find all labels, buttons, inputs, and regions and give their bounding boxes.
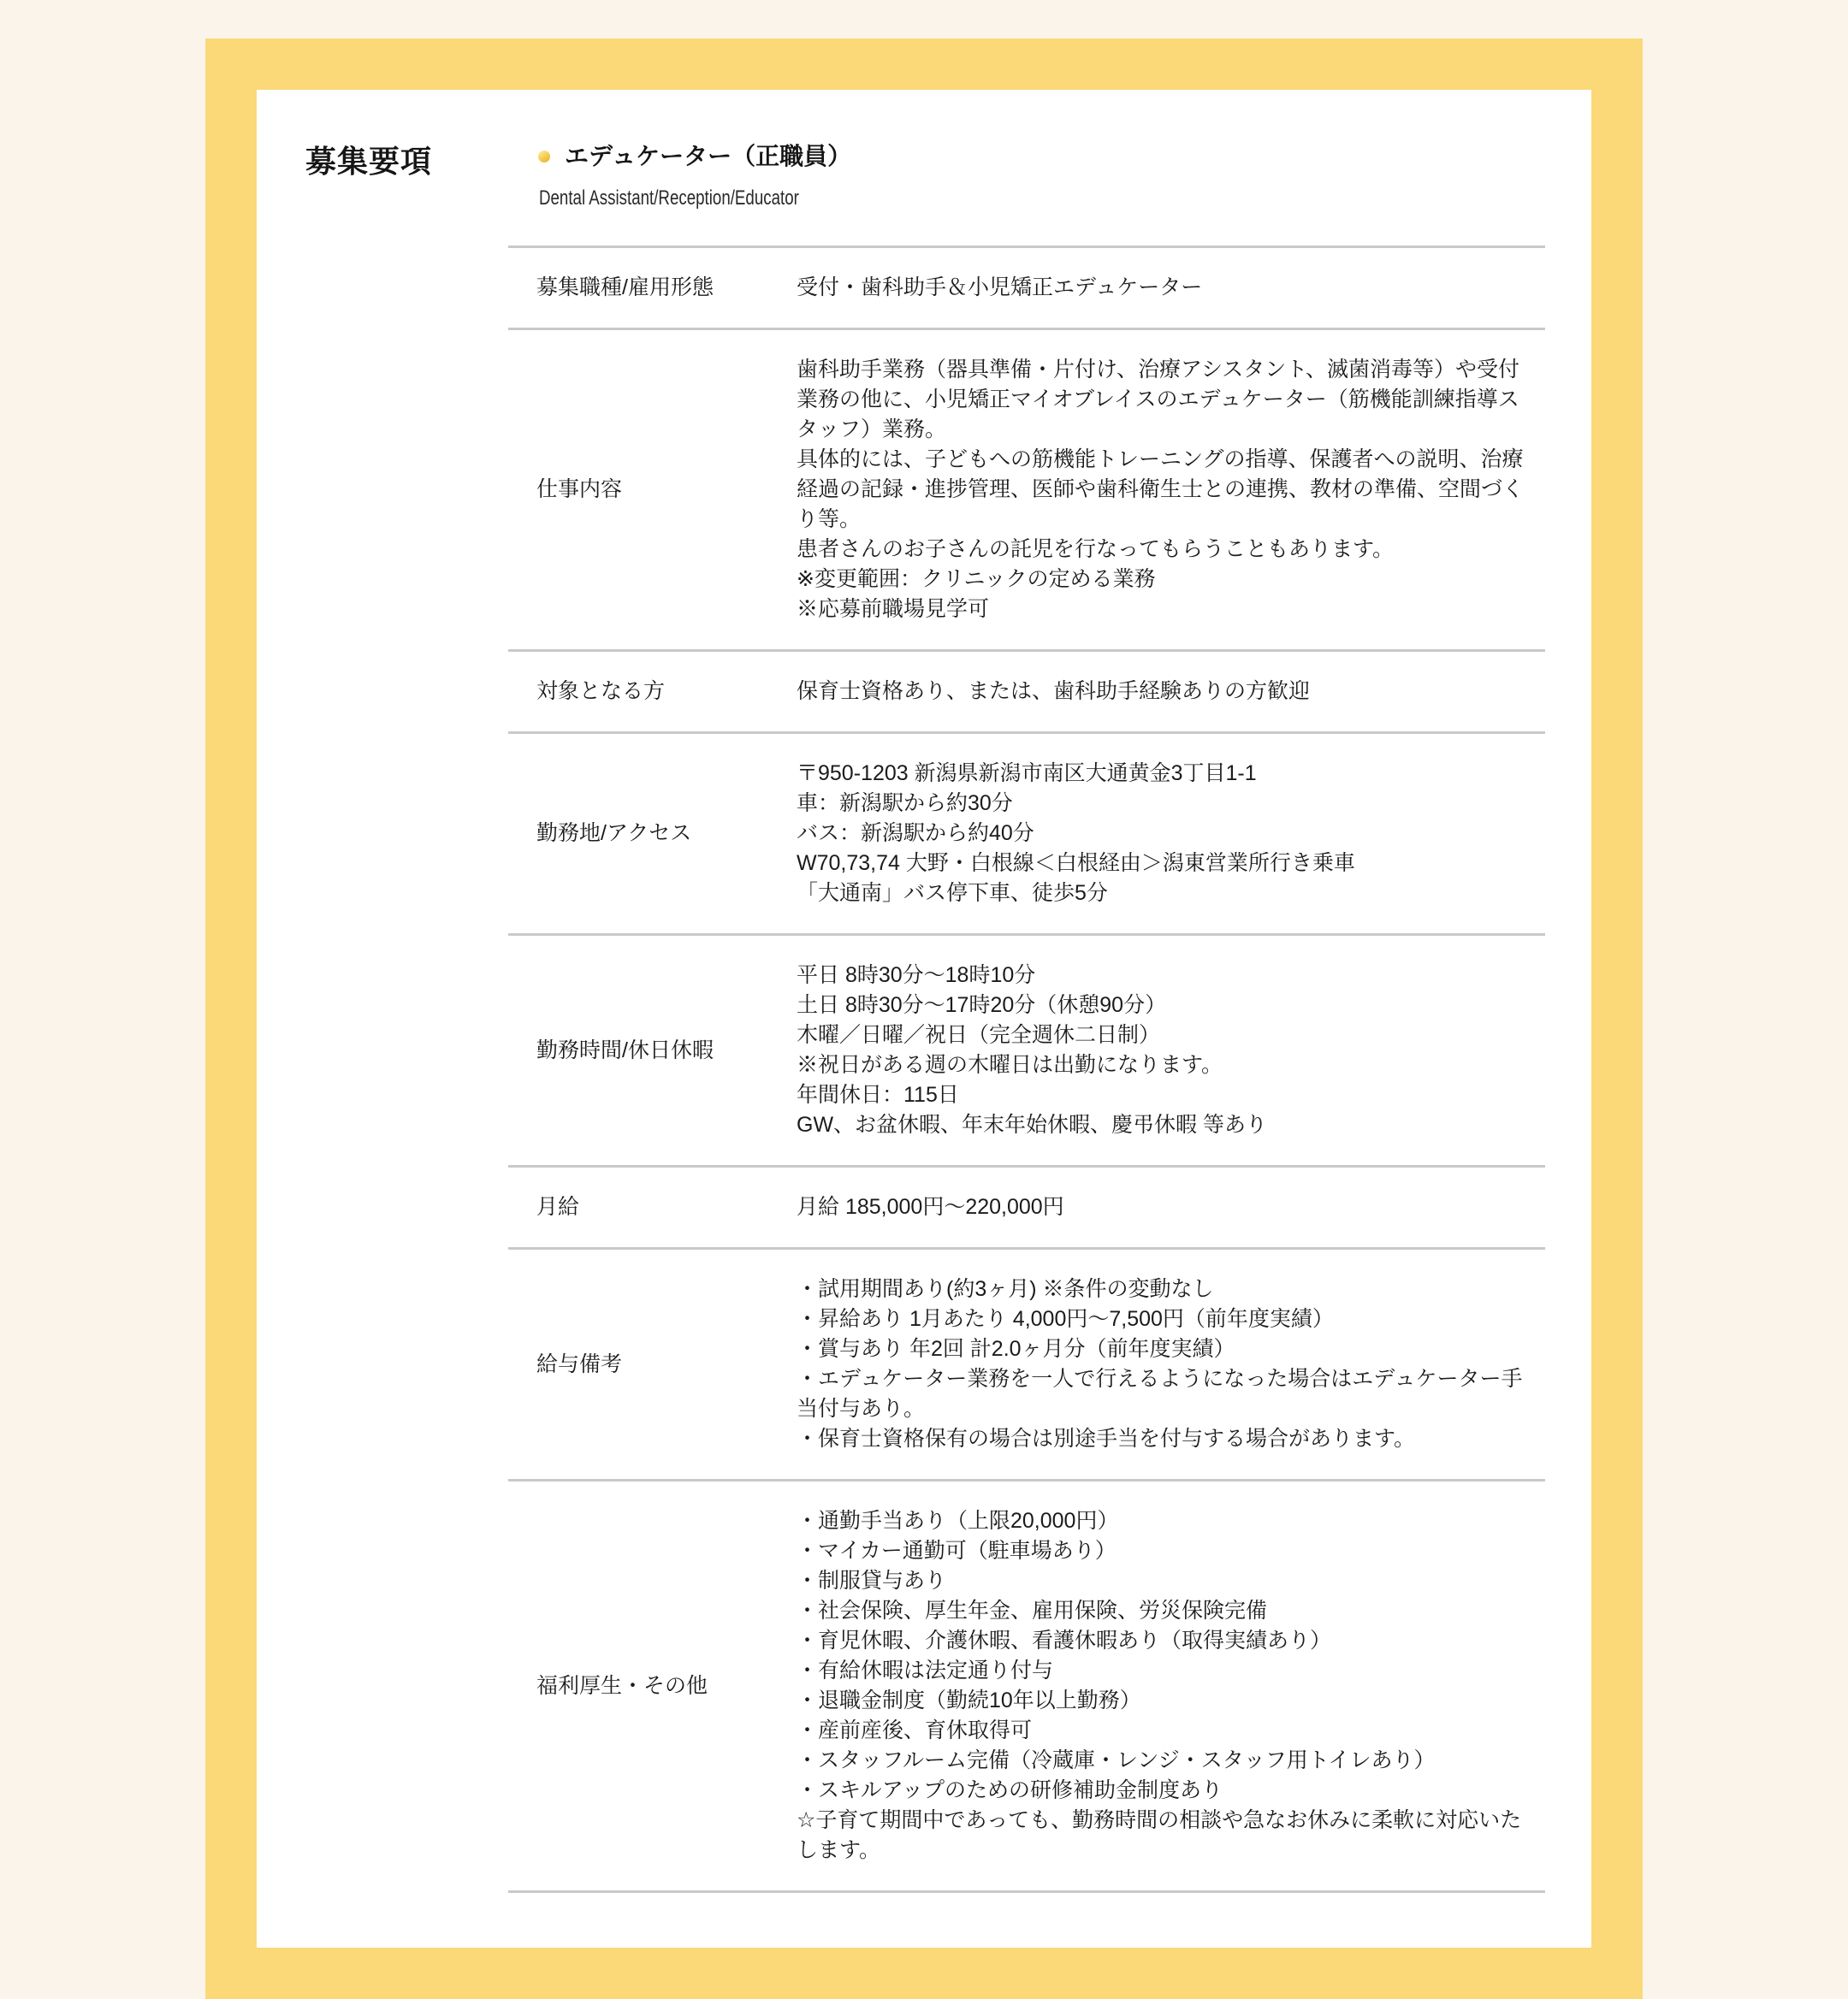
row-value: ・通勤手当あり（上限20,000円） ・マイカー通勤可（駐車場あり） ・制服貸与… bbox=[797, 1506, 1545, 1866]
job-title-row: エデュケーター（正職員） bbox=[508, 139, 1545, 174]
table-row: 募集職種/雇用形態 受付・歯科助手＆小児矯正エデュケーター bbox=[508, 245, 1545, 328]
table-row: 月給 月給 185,000円〜220,000円 bbox=[508, 1165, 1545, 1247]
row-label: 仕事内容 bbox=[508, 475, 797, 505]
row-label: 勤務時間/休日休暇 bbox=[508, 1036, 797, 1066]
row-label: 月給 bbox=[508, 1192, 797, 1222]
page-background: { "heading": "募集要項", "job": { "title": "… bbox=[0, 0, 1848, 1999]
row-value: 保育士資格あり、または、歯科助手経験ありの方歓迎 bbox=[797, 677, 1545, 707]
content-card: 募集要項 エデュケーター（正職員） Dental Assistant/Recep… bbox=[257, 90, 1591, 1948]
table-row: 勤務時間/休日休暇 平日 8時30分〜18時10分 土日 8時30分〜17時20… bbox=[508, 933, 1545, 1165]
row-label: 対象となる方 bbox=[508, 677, 797, 707]
table-row: 福利厚生・その他 ・通勤手当あり（上限20,000円） ・マイカー通勤可（駐車場… bbox=[508, 1479, 1545, 1890]
job-subtitle: Dental Assistant/Reception/Educator bbox=[508, 186, 1545, 211]
table-row: 給与備考 ・試用期間あり(約3ヶ月) ※条件の変動なし ・昇給あり 1月あたり … bbox=[508, 1247, 1545, 1479]
table-row: 勤務地/アクセス 〒950-1203 新潟県新潟市南区大通黄金3丁目1-1 車：… bbox=[508, 731, 1545, 933]
row-label: 募集職種/雇用形態 bbox=[508, 273, 797, 303]
row-value: 平日 8時30分〜18時10分 土日 8時30分〜17時20分（休憩90分） 木… bbox=[797, 961, 1545, 1140]
row-value: 〒950-1203 新潟県新潟市南区大通黄金3丁目1-1 車：新潟駅から約30分… bbox=[797, 759, 1545, 908]
section-heading: 募集要項 bbox=[305, 145, 432, 179]
job-posting-main: エデュケーター（正職員） Dental Assistant/Reception/… bbox=[508, 90, 1545, 1893]
row-value: ・試用期間あり(約3ヶ月) ※条件の変動なし ・昇給あり 1月あたり 4,000… bbox=[797, 1275, 1545, 1454]
row-value: 歯科助手業務（器具準備・片付け、治療アシスタント、滅菌消毒等）や受付 業務の他に… bbox=[797, 355, 1545, 624]
table-row: 対象となる方 保育士資格あり、または、歯科助手経験ありの方歓迎 bbox=[508, 649, 1545, 731]
row-label: 福利厚生・その他 bbox=[508, 1671, 797, 1701]
row-label: 勤務地/アクセス bbox=[508, 819, 797, 849]
table-row: 仕事内容 歯科助手業務（器具準備・片付け、治療アシスタント、滅菌消毒等）や受付 … bbox=[508, 328, 1545, 649]
recruitment-spec-table: 募集職種/雇用形態 受付・歯科助手＆小児矯正エデュケーター 仕事内容 歯科助手業… bbox=[508, 245, 1545, 1893]
title-bullet-icon bbox=[538, 151, 550, 163]
job-subtitle-text: Dental Assistant/Reception/Educator bbox=[539, 186, 799, 211]
row-label: 給与備考 bbox=[508, 1350, 797, 1380]
row-value: 受付・歯科助手＆小児矯正エデュケーター bbox=[797, 273, 1545, 303]
job-title: エデュケーター（正職員） bbox=[565, 139, 851, 174]
row-value: 月給 185,000円〜220,000円 bbox=[797, 1192, 1545, 1222]
